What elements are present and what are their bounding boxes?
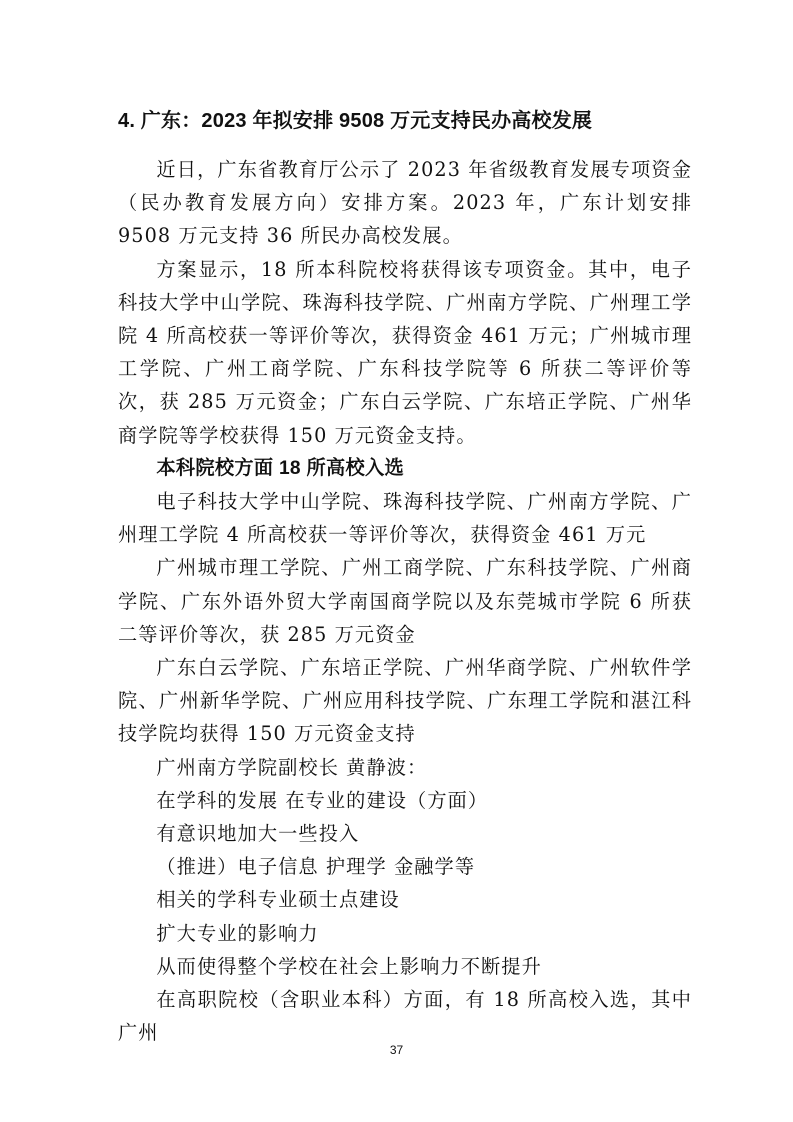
article-body: 近日，广东省教育厅公示了 2023 年省级教育发展专项资金（民办教育发展方向）安… [118, 153, 692, 1049]
paragraph-tier-one: 电子科技大学中山学院、珠海科技学院、广州南方学院、广州理工学院 4 所高校获一等… [118, 485, 692, 551]
paragraph-plan: 方案显示，18 所本科院校将获得该专项资金。其中，电子科技大学中山学院、珠海科技… [118, 253, 692, 452]
quote-line: 在学科的发展 在专业的建设（方面） [118, 784, 692, 817]
quote-line: 扩大专业的影响力 [118, 917, 692, 950]
quote-line: 从而使得整个学校在社会上影响力不断提升 [118, 950, 692, 983]
quote-line: 有意识地加大一些投入 [118, 817, 692, 850]
quote-line: （推进）电子信息 护理学 金融学等 [118, 850, 692, 883]
paragraph-tier-two: 广州城市理工学院、广州工商学院、广东科技学院、广州商学院、广东外语外贸大学南国商… [118, 551, 692, 651]
paragraph-tier-three: 广东白云学院、广东培正学院、广州华商学院、广州软件学院、广州新华学院、广州应用科… [118, 651, 692, 751]
quote-line: 相关的学科专业硕士点建设 [118, 883, 692, 916]
page-number: 37 [0, 1043, 793, 1057]
paragraph-intro: 近日，广东省教育厅公示了 2023 年省级教育发展专项资金（民办教育发展方向）安… [118, 153, 692, 253]
paragraph-vocational: 在高职院校（含职业本科）方面，有 18 所高校入选，其中广州 [118, 983, 692, 1049]
quote-speaker: 广州南方学院副校长 黄静波： [118, 751, 692, 784]
subheading-undergrad: 本科院校方面 18 所高校入选 [118, 452, 692, 485]
section-heading: 4. 广东：2023 年拟安排 9508 万元支持民办高校发展 [118, 104, 592, 133]
